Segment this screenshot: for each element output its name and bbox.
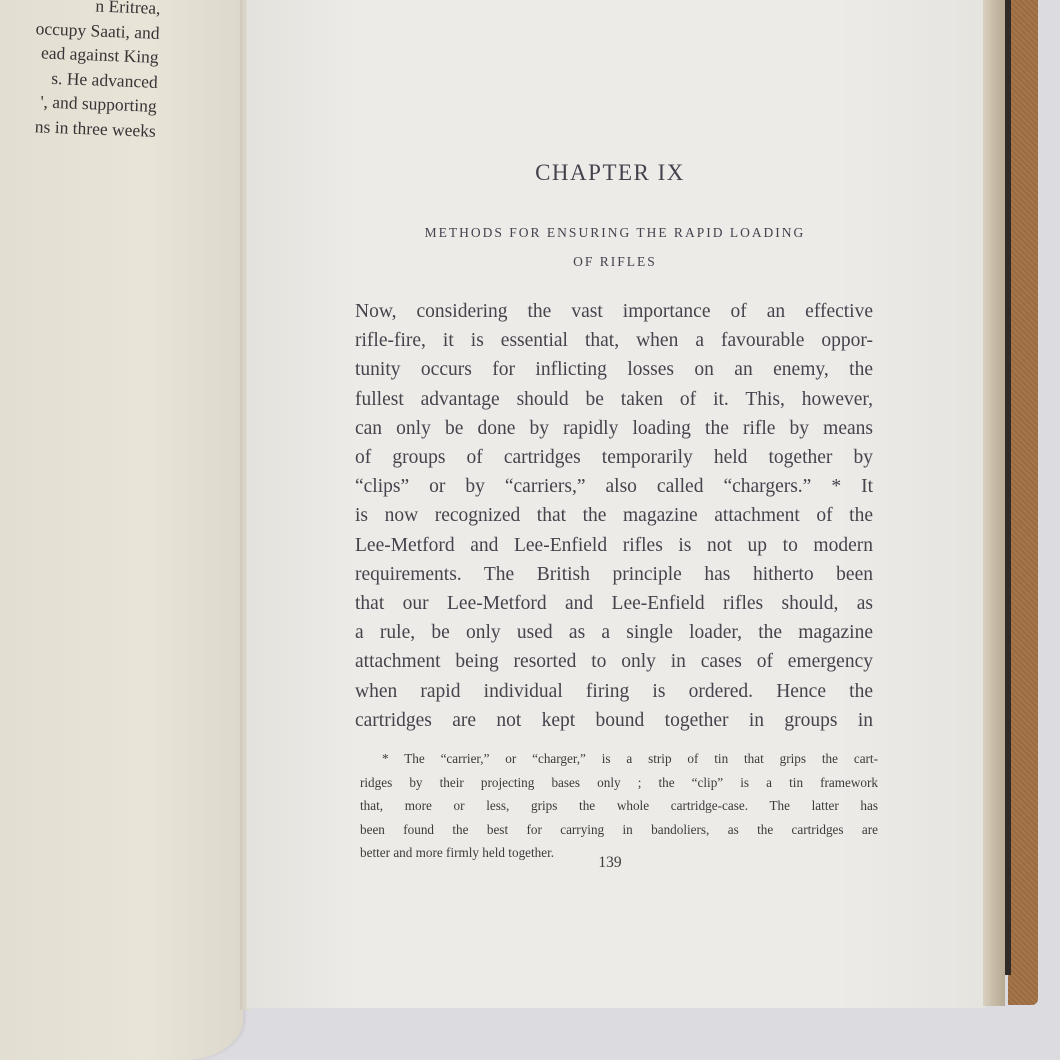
body-line: when rapid individual firing is ordered.…	[355, 677, 873, 706]
footnote-line: * The “carrier,” or “charger,” is a stri…	[360, 747, 878, 771]
subtitle-line: METHODS FOR ENSURING THE RAPID LOADING	[355, 218, 875, 247]
body-line: can only be done by rapidly loading the …	[355, 414, 873, 443]
body-line: “clips” or by “carriers,” also called “c…	[355, 472, 873, 501]
body-line: Lee-Metford and Lee-Enfield rifles is no…	[355, 531, 873, 560]
footnote-line: ridges by their projecting bases only ; …	[360, 771, 878, 795]
body-line: fullest advantage should be taken of it.…	[355, 385, 873, 414]
chapter-title: CHAPTER IX	[460, 160, 760, 186]
body-line: rifle-fire, it is essential that, when a…	[355, 326, 873, 355]
body-line: requirements. The British principle has …	[355, 560, 873, 589]
body-line: attachment being resorted to only in cas…	[355, 647, 873, 676]
body-line: of groups of cartridges temporarily held…	[355, 443, 873, 472]
page-number: 139	[580, 854, 640, 872]
footnote-line: that, more or less, grips the whole cart…	[360, 794, 878, 818]
cover-inner-edge	[1005, 0, 1011, 975]
left-page-text: n Eritrea, occupy Saati, and ead against…	[0, 0, 161, 143]
body-text: Now, considering the vast importance of …	[355, 297, 873, 735]
page-edges	[983, 0, 1005, 1006]
body-line: that our Lee-Metford and Lee-Enfield rif…	[355, 589, 873, 618]
open-book-photo: n Eritrea, occupy Saati, and ead against…	[0, 0, 1060, 1060]
left-page: n Eritrea, occupy Saati, and ead against…	[0, 0, 243, 1060]
body-line: a rule, be only used as a single loader,…	[355, 618, 873, 647]
footnote: * The “carrier,” or “charger,” is a stri…	[360, 747, 878, 865]
book-cover	[1008, 0, 1038, 1005]
body-line: tunity occurs for inflicting losses on a…	[355, 355, 873, 384]
footnote-line: been found the best for carrying in band…	[360, 818, 878, 842]
body-line: is now recognized that the magazine atta…	[355, 501, 873, 530]
chapter-subtitle: METHODS FOR ENSURING THE RAPID LOADING O…	[355, 218, 875, 276]
body-line: Now, considering the vast importance of …	[355, 297, 873, 326]
body-line: cartridges are not kept bound together i…	[355, 706, 873, 735]
subtitle-line: OF RIFLES	[355, 247, 875, 276]
